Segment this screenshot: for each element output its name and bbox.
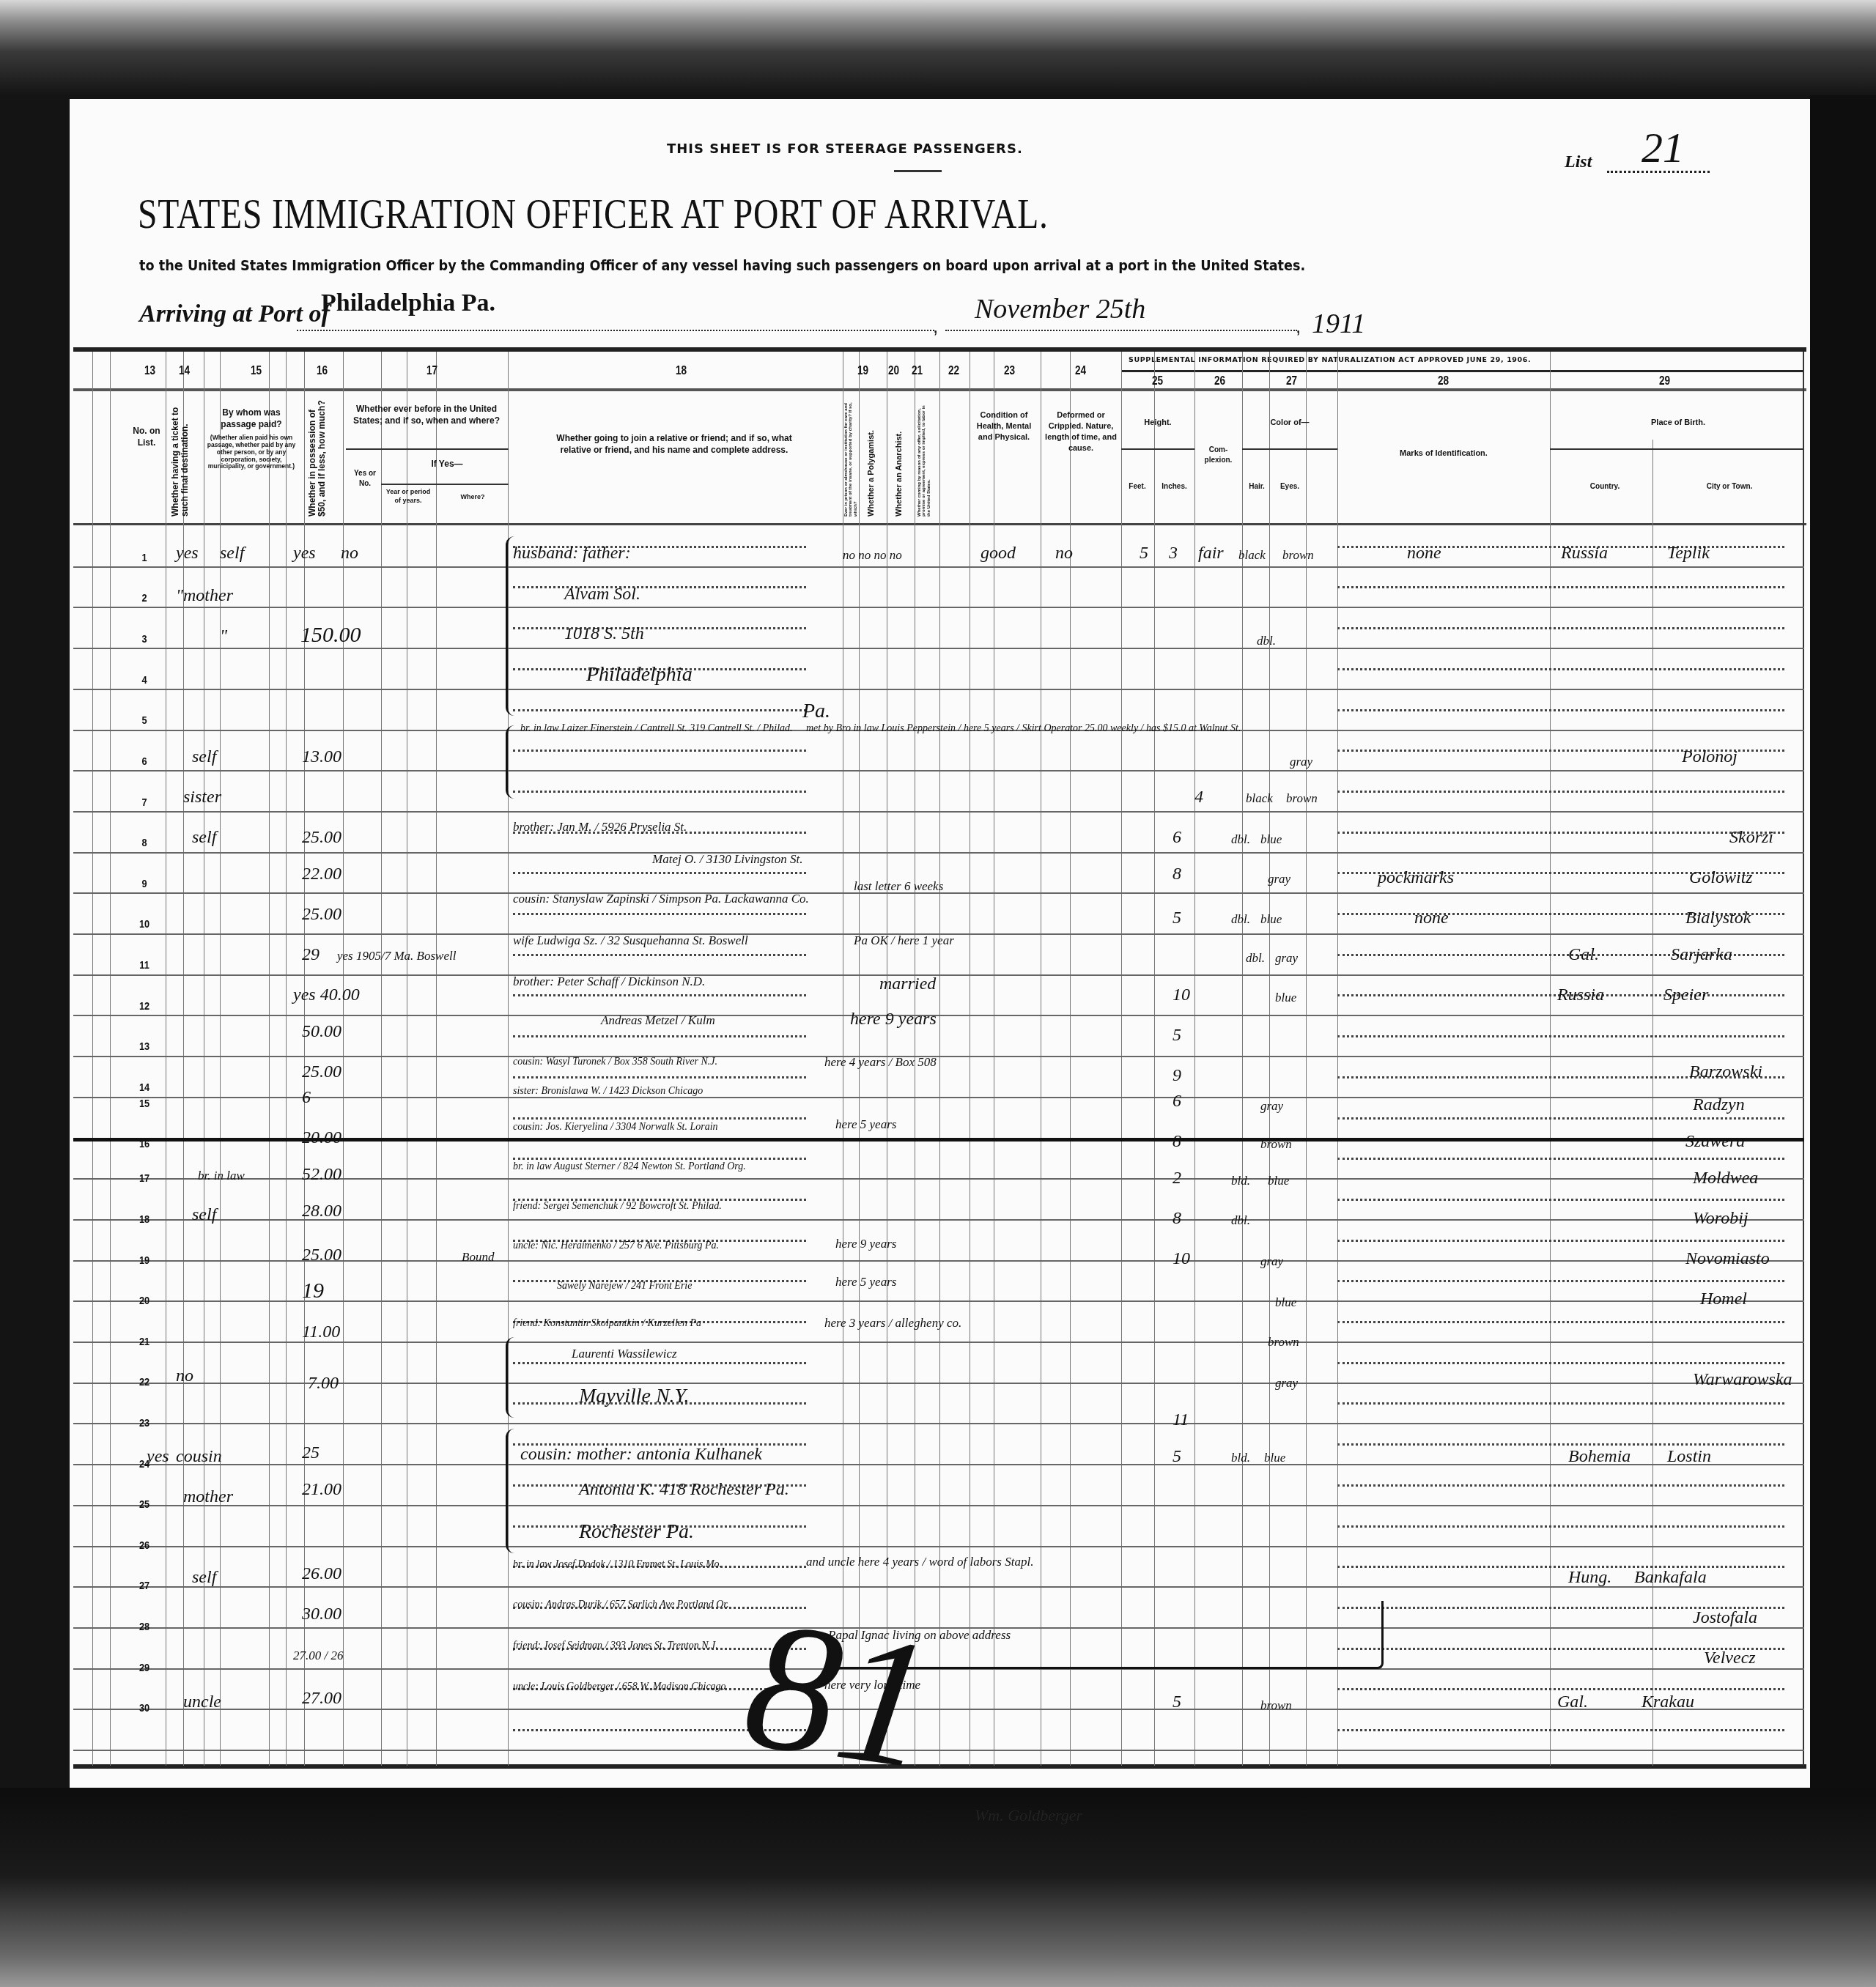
money-value: 26.00 — [302, 1564, 341, 1584]
eyes-value: brown — [1286, 791, 1318, 806]
hair-value: dbl. — [1257, 634, 1276, 648]
row-number: 8 — [135, 837, 154, 849]
relative-value: sister: Bronislawa W. / 1423 Dickson Chi… — [513, 1084, 703, 1099]
city-value: Jostofala — [1693, 1608, 1757, 1628]
relative-value: brother: Peter Schaff / Dickinson N.D. — [513, 973, 705, 991]
ticket-value: no — [176, 1366, 193, 1386]
row-number: 20 — [135, 1295, 154, 1307]
city-value: Skorzi — [1729, 828, 1773, 848]
paid-by-value: self — [192, 828, 216, 848]
relative-value: Antonia K. 418 Rochester Pa. — [579, 1480, 789, 1500]
money-value: 25.00 — [302, 1062, 341, 1082]
inches-value: 5 — [1172, 1447, 1181, 1467]
dotted-guide — [513, 791, 806, 793]
money-value: 6 — [302, 1088, 311, 1108]
passage-header-note: (Whether alien paid his own passage, whe… — [204, 434, 299, 470]
money-value: 19 — [302, 1279, 324, 1303]
ticket-value: yes — [147, 1447, 169, 1467]
money-value: 28.00 — [302, 1202, 341, 1221]
row-divider — [73, 1709, 1804, 1710]
supplemental-title: SUPPLEMENTAL INFORMATION REQUIRED BY NAT… — [1129, 356, 1531, 364]
country-value: Russia — [1557, 985, 1604, 1005]
eyes-value: brown — [1282, 548, 1314, 563]
city-value: Sarjarka — [1671, 945, 1732, 965]
col-header-before: Whether ever before in the United States… — [346, 403, 507, 426]
col-num-24: 24 — [1075, 363, 1086, 378]
marks-value: none — [1414, 909, 1449, 928]
arrival-year: 1911 — [1312, 308, 1365, 340]
col-num-16: 16 — [317, 363, 328, 378]
row-divider — [73, 1464, 1804, 1465]
scan-border-top — [0, 0, 1876, 103]
row-number: 18 — [135, 1213, 154, 1226]
col-num-17: 17 — [426, 363, 437, 378]
eyes-value: blue — [1260, 832, 1282, 847]
eyes-value: gray — [1275, 1376, 1298, 1391]
row-number: 19 — [135, 1254, 154, 1267]
col-header-eyes: Eyes. — [1275, 482, 1304, 492]
country-value: Russia — [1561, 544, 1608, 563]
relative-value: cousin: Andras Durik / 657 Sarlich Ave P… — [513, 1597, 729, 1613]
col-header-hair: Hair. — [1246, 482, 1268, 492]
hair-value: bld. — [1231, 1451, 1250, 1465]
money-value: 21.00 — [302, 1480, 341, 1500]
row-divider — [73, 1546, 1804, 1547]
col-header-if-yes: If Yes— — [388, 458, 506, 470]
money-value: 22.00 — [302, 865, 341, 884]
dotted-guide — [1337, 1525, 1784, 1528]
list-label: List — [1565, 152, 1592, 172]
relative-value: br. in law August Sterner / 824 Newton S… — [513, 1159, 746, 1175]
relative-value: uncle: Louis Goldberger / 658 W. Madison… — [513, 1679, 726, 1695]
row-number: 4 — [135, 674, 154, 687]
col-num-21: 21 — [912, 363, 923, 378]
row-number: 13 — [135, 1040, 154, 1053]
dotted-guide — [1337, 1117, 1784, 1120]
scan-border-left — [0, 95, 70, 1802]
row-divider — [73, 1300, 1804, 1302]
dotted-guide — [1337, 1402, 1784, 1405]
city-value: Teplik — [1667, 544, 1710, 563]
hair-value: bld. — [1231, 1174, 1250, 1188]
row-divider — [73, 974, 1804, 976]
col-header-country: Country. — [1568, 482, 1641, 492]
hair-value: black — [1238, 548, 1266, 563]
inches-value: 5 — [1172, 909, 1181, 928]
eyes-value: gray — [1290, 755, 1312, 769]
col-header-city: City or Town. — [1660, 482, 1799, 492]
dotted-guide — [513, 1035, 806, 1037]
row-divider — [73, 1015, 1804, 1016]
city-value: Lostin — [1667, 1447, 1711, 1467]
eyes-value: gray — [1260, 1254, 1283, 1269]
col-header-complexion: Com-plexion. — [1202, 445, 1235, 465]
dotted-guide — [513, 709, 806, 711]
hair-value: dbl. — [1231, 912, 1250, 927]
paid-by-value: uncle — [183, 1692, 221, 1712]
col-num-26: 26 — [1214, 374, 1225, 388]
inches-value: 5 — [1172, 1692, 1181, 1712]
city-value: Golowitz — [1689, 868, 1753, 888]
eyes-value: brown — [1260, 1698, 1292, 1713]
paid-by-value: self — [220, 544, 244, 563]
before-value: Bound — [462, 1250, 494, 1265]
relative-value: uncle: Nic. Heraimenko / 257 6 Ave. Pitt… — [513, 1238, 719, 1254]
money-value: 20.00 — [302, 1128, 341, 1148]
col-num-25: 25 — [1152, 374, 1163, 388]
dotted-guide — [1337, 1240, 1784, 1242]
inches-value: 8 — [1172, 865, 1181, 884]
dotted-guide — [1337, 1321, 1784, 1323]
divider — [894, 170, 942, 172]
col-header-color: Color of— — [1246, 418, 1334, 429]
port-underline — [297, 330, 934, 331]
row-divider — [73, 811, 1804, 813]
dotted-guide — [1337, 1035, 1784, 1037]
row-divider — [73, 1505, 1804, 1506]
money-value: 150.00 — [300, 623, 361, 648]
eyes-value: gray — [1275, 951, 1298, 966]
row-divider — [73, 689, 1804, 690]
money-value: 52.00 — [302, 1165, 341, 1185]
eyes-value: blue — [1264, 1451, 1285, 1465]
row-number: 29 — [135, 1662, 154, 1674]
row-number: 11 — [135, 959, 154, 972]
notes-value: here 9 years — [835, 1237, 896, 1251]
inches-value: 2 — [1172, 1169, 1181, 1188]
dotted-guide — [1337, 668, 1784, 670]
dotted-guide — [1337, 1158, 1784, 1160]
row-number: 17 — [135, 1172, 154, 1185]
row-number: 30 — [135, 1702, 154, 1714]
paid-by-value: mother — [183, 1487, 233, 1507]
notes-value: here 5 years — [835, 1275, 896, 1289]
country-value: Hung. — [1568, 1568, 1611, 1588]
inches-value: 10 — [1172, 1249, 1190, 1269]
inches-value: 11 — [1172, 1410, 1189, 1430]
row-number: 10 — [135, 918, 154, 930]
country-value: Bohemia — [1568, 1447, 1631, 1467]
relative-value: cousin: Stanyslaw Zapinski / Simpson Pa.… — [513, 890, 809, 908]
relative-value: Sawely Narejew / 241 Front Erie — [557, 1279, 692, 1295]
col-header-prison: Ever in prison or almshouse or instituti… — [844, 399, 858, 517]
paid-by-value: self — [192, 1568, 216, 1588]
relative-value: Pa. — [802, 700, 830, 723]
dotted-guide — [1337, 1729, 1784, 1731]
dotted-guide — [1337, 1688, 1784, 1690]
money-value: 27.00 — [302, 1689, 341, 1709]
col-header-marks: Marks of Identification. — [1356, 448, 1532, 459]
notes-value: Pa OK / here 1 year — [854, 932, 954, 950]
row-divider — [73, 1097, 1804, 1098]
col-header-anarchist: Whether an Anarchist. — [895, 399, 904, 517]
notes-value: here 4 years / Box 508 — [824, 1054, 937, 1071]
city-value: Homel — [1700, 1289, 1747, 1309]
signature: Wm. Goldberger — [975, 1806, 1082, 1825]
col-num-23: 23 — [1004, 363, 1015, 378]
inches-value: 9 — [1172, 1066, 1181, 1086]
row-divider — [73, 770, 1804, 772]
city-value: Warwarowska — [1693, 1370, 1792, 1390]
row-divider — [73, 607, 1804, 608]
port-value: Philadelphia Pa. — [321, 289, 495, 317]
dotted-guide — [513, 872, 806, 874]
col-header-passage: By whom was passage paid? (Whether alien… — [204, 407, 299, 470]
city-value: Szawera — [1685, 1132, 1745, 1152]
row-number: 3 — [135, 633, 154, 645]
row-number: 21 — [135, 1336, 154, 1348]
relative-value: cousin: Jos. Kieryelina / 3304 Norwalk S… — [513, 1120, 718, 1136]
paid-by-value: mother — [183, 586, 233, 606]
notes-value: last letter 6 weeks — [854, 879, 943, 894]
ticket-value: yes — [176, 544, 199, 563]
eyes-value: brown — [1260, 1137, 1292, 1152]
scan-border-bottom — [0, 1788, 1876, 1987]
city-value: Speier — [1663, 985, 1708, 1005]
marks-value: pockmarks — [1378, 868, 1454, 888]
hair-value: dbl. — [1231, 832, 1250, 847]
notes-value: met by Bro in law Louis Pepperstein / he… — [806, 722, 1241, 736]
inches-value: 6 — [1172, 828, 1181, 848]
relative-value: Mayville N.Y. — [579, 1385, 690, 1408]
date-underline — [945, 330, 1297, 331]
paid-by-value: self — [192, 747, 216, 767]
hair-value: dbl. — [1231, 1213, 1250, 1228]
row-number: 6 — [135, 755, 154, 768]
row-divider — [73, 1586, 1804, 1588]
money-value: 25.00 — [302, 905, 341, 925]
city-value: Krakau — [1641, 1692, 1694, 1712]
city-value: Velvecz — [1704, 1649, 1756, 1668]
row-number: 12 — [135, 1000, 154, 1013]
eyes-value: gray — [1260, 1099, 1283, 1114]
row-number: 27 — [135, 1580, 154, 1592]
col-num-27: 27 — [1286, 374, 1297, 388]
money-value: 25.00 — [302, 828, 341, 848]
relative-value: br. in law Josef Dodok / 1310 Emmet St. … — [513, 1557, 722, 1573]
hair-value: dbl. — [1246, 951, 1265, 966]
eyes-value: blue — [1275, 1295, 1296, 1310]
dotted-guide — [513, 913, 806, 915]
col-header-relative: Whether going to join a relative or frie… — [542, 432, 806, 456]
arrival-date: November 25th — [975, 293, 1145, 325]
relative-value: friend: Sergei Semenchuk / 92 Bowcroft S… — [513, 1199, 722, 1215]
col-num-15: 15 — [251, 363, 262, 378]
relative-value: Alvam Sol. — [564, 585, 640, 604]
money-value: 7.00 — [308, 1374, 339, 1394]
inches-value: 6 — [1172, 1092, 1181, 1111]
dotted-guide — [1337, 1362, 1784, 1364]
city-value: Bialystok — [1685, 909, 1751, 928]
row-number: 5 — [135, 714, 154, 727]
col-header-birth: Place of Birth. — [1561, 418, 1795, 429]
col-num-13: 13 — [144, 363, 155, 378]
eyes-value: blue — [1275, 991, 1296, 1005]
row-number: 2 — [135, 592, 154, 604]
paid-by-value: br. in law — [198, 1169, 245, 1183]
relative-value: friend: Konstantin Skolpantkin / Kurzell… — [513, 1316, 701, 1332]
dotted-guide — [513, 750, 806, 752]
relative-value: cousin: Wasyl Turonek / Box 358 South Ri… — [513, 1054, 717, 1071]
relative-value: Andreas Metzel / Kulm — [601, 1011, 715, 1030]
city-value: Barzowski — [1689, 1062, 1762, 1082]
dotted-guide — [1337, 1484, 1784, 1487]
money-value: 50.00 — [302, 1022, 341, 1042]
col-header-no-on-list: No. on List. — [132, 425, 161, 448]
city-value: Bankafala — [1634, 1568, 1707, 1588]
col-header-yes-no: Yes or No. — [350, 469, 380, 489]
col-num-28: 28 — [1438, 374, 1449, 388]
health-value: good — [981, 544, 1016, 563]
col-num-29: 29 — [1659, 374, 1670, 388]
money-value: 25.00 — [302, 1246, 341, 1265]
relative-value: br. in law Laizer Finerstein / Cantrell … — [520, 722, 793, 736]
col-header-height: Height. — [1125, 418, 1191, 429]
before-value: yes 1905/7 Ma. Boswell — [337, 949, 456, 963]
separator: , — [1296, 315, 1301, 338]
row-number: 28 — [135, 1621, 154, 1633]
col-num-14: 14 — [179, 363, 190, 378]
money-value: 13.00 — [302, 747, 341, 767]
col-num-19: 19 — [857, 363, 868, 378]
marks-value: none — [1407, 544, 1441, 563]
notes-value: here 5 years — [835, 1117, 896, 1132]
city-value: Polonoj — [1682, 747, 1737, 767]
row-divider — [73, 1750, 1804, 1751]
group-brace — [506, 725, 515, 799]
relative-value: wife Ludwiga Sz. / 32 Susquehanna St. Bo… — [513, 932, 748, 950]
relative-value: husband: father: — [513, 544, 631, 563]
relative-value: Rochester Pa. — [579, 1520, 694, 1544]
money-value: 27.00 / 26 — [293, 1649, 343, 1663]
steerage-note: THIS SHEET IS FOR STEERAGE PASSENGERS. — [667, 141, 1023, 157]
notes-value: here 9 years — [850, 1010, 937, 1029]
col-header-where: Where? — [440, 492, 506, 501]
eyes-value: brown — [1268, 1335, 1299, 1350]
dotted-guide — [513, 1076, 806, 1078]
city-value: Moldwea — [1693, 1169, 1758, 1188]
col-header-year: Year or period of years. — [383, 487, 434, 505]
col-num-22: 22 — [948, 363, 959, 378]
dotted-guide — [513, 627, 806, 629]
hair-value: black — [1246, 791, 1273, 806]
row-divider — [73, 1423, 1804, 1424]
row-number: 1 — [135, 552, 154, 564]
col-header-deformed: Deformed or Crippled. Nature, length of … — [1042, 410, 1120, 454]
money-value: 25 — [302, 1443, 320, 1463]
inches-value: 10 — [1172, 985, 1190, 1005]
deformed-value: no — [1055, 544, 1073, 563]
page-title: STATES IMMIGRATION OFFICER AT PORT OF AR… — [138, 189, 1049, 238]
relative-value: brother: Jan M. / 5926 Pryselia St. — [513, 819, 687, 835]
row-number: 14 — [135, 1081, 154, 1094]
row-divider — [73, 648, 1804, 649]
notes-value: here 3 years / allegheny co. — [824, 1315, 961, 1331]
notes-value: and uncle here 4 years / word of labors … — [806, 1553, 1033, 1571]
relative-value: Philadelphia — [586, 663, 693, 687]
money-value: 30.00 — [302, 1605, 341, 1624]
inches-value: 5 — [1172, 1026, 1181, 1046]
eyes-value: blue — [1260, 912, 1282, 927]
city-value: Novomiasto — [1685, 1249, 1770, 1269]
page-subtitle: to the United States Immigration Officer… — [139, 258, 1305, 274]
dotted-guide — [1337, 1443, 1784, 1446]
col-header-ticket: Whether having a ticket to such final de… — [171, 399, 189, 517]
group-brace — [506, 1429, 515, 1553]
relative-value: Laurenti Wassilewicz — [572, 1347, 677, 1361]
row-number: 23 — [135, 1417, 154, 1429]
dotted-guide — [513, 994, 806, 996]
questions-value: no no no no — [843, 548, 902, 563]
notes-value: married — [879, 974, 936, 994]
dotted-guide — [1337, 832, 1784, 834]
money-value: 29 — [302, 945, 320, 965]
row-number: 7 — [135, 796, 154, 809]
inches-value: 3 — [1169, 544, 1178, 563]
country-value: Gal. — [1568, 945, 1599, 965]
money-value: yes — [293, 544, 316, 563]
col-num-20: 20 — [888, 363, 899, 378]
relative-value: Matej O. / 3130 Livingston St. — [652, 851, 802, 867]
col-header-labor-offer: Whether coming by reason of any offer, s… — [917, 399, 931, 517]
dotted-guide — [1337, 1280, 1784, 1282]
row-divider — [73, 566, 1804, 568]
country-value: Gal. — [1557, 1692, 1588, 1712]
eyes-value: blue — [1268, 1174, 1289, 1188]
relative-value: cousin: mother: antonia Kulhanek — [520, 1445, 762, 1465]
arriving-label: Arriving at Port of — [139, 300, 330, 328]
row-divider — [73, 1056, 1804, 1057]
eyes-value: gray — [1268, 872, 1290, 887]
paid-by-value: self — [192, 1205, 216, 1225]
list-number: 21 — [1641, 123, 1684, 172]
dotted-guide — [513, 586, 806, 588]
city-value: Radzyn — [1693, 1095, 1745, 1115]
dotted-guide — [513, 954, 806, 956]
paid-by-value: " — [220, 626, 227, 646]
money-value: yes 40.00 — [293, 985, 360, 1005]
col-header-inches: Inches. — [1154, 482, 1194, 492]
col-header-money: Whether in possession of $50, and if les… — [308, 399, 326, 517]
passage-header-text: By whom was passage paid? — [204, 407, 299, 430]
scan-border-right — [1810, 95, 1876, 1802]
complexion-value: fair — [1198, 544, 1224, 563]
paid-by-value: cousin — [176, 1447, 222, 1467]
dotted-guide — [1337, 1199, 1784, 1201]
row-number: 22 — [135, 1376, 154, 1388]
dotted-guide — [1337, 586, 1784, 588]
city-value: Worobij — [1693, 1209, 1748, 1229]
relative-value: friend: Josef Seidman / 393 Jones St. Tr… — [513, 1638, 718, 1654]
ticket-value: " — [176, 586, 183, 606]
inches-value: 8 — [1172, 1209, 1181, 1229]
row-number: 9 — [135, 878, 154, 890]
before-value: no — [341, 544, 358, 563]
paid-by-value: sister — [183, 788, 221, 807]
dotted-guide — [1337, 627, 1784, 629]
handwritten-tally: 81 — [734, 1578, 945, 1813]
row-divider — [73, 852, 1804, 854]
inches-value: 8 — [1172, 1132, 1181, 1152]
relative-value: 1018 S. 5th — [564, 624, 644, 644]
dotted-guide — [1337, 709, 1784, 711]
col-num-18: 18 — [676, 363, 687, 378]
dotted-guide — [1337, 791, 1784, 793]
dotted-guide — [513, 1362, 806, 1364]
feet-value: 5 — [1140, 544, 1148, 563]
col-header-health: Condition of Health, Mental and Physical… — [971, 410, 1037, 443]
row-number: 15 — [135, 1098, 154, 1110]
